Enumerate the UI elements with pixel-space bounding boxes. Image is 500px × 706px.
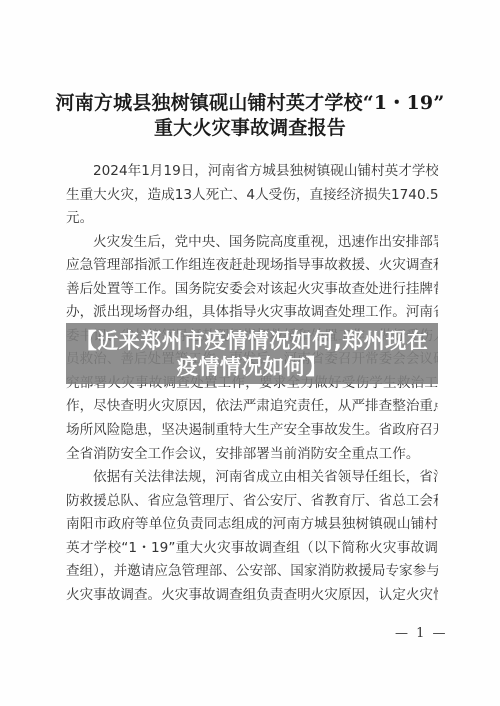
body-line: 生重大火灾，造成13人死亡、4人受伤，直接经济损失1740.5万 [66,184,438,208]
body-line: 依据有关法律法规，河南省成立由相关省领导任组长，省消 [66,466,438,490]
body-line: 南阳市政府等单位负责同志组成的河南方城县独树镇砚山铺村 [66,513,438,537]
page-number: — 1 — [395,626,448,641]
body-line: 善后处置等工作。国务院安委会对该起火灾事故查处进行挂牌督 [66,278,438,302]
body-line: 查组），并邀请应急管理部、公安部、国家消防救援局专家参与 [66,560,438,584]
overlay-title-banner[interactable]: 【近来郑州市疫情情况如何,郑州现在 疫情情况如何】 [66,323,438,384]
body-line: 火灾发生后，党中央、国务院高度重视，迅速作出安排部署。 [66,231,438,255]
body-line: 作，尽快查明火灾原因，依法严肃追究责任，从严排查整治重点 [66,395,438,419]
document-page: 河南方城县独树镇砚山铺村英才学校“1・19” 重大火灾事故调查报告 2024年1… [0,0,500,706]
banner-text-line-1: 【近来郑州市疫情情况如何,郑州现在 [76,328,428,354]
body-line: 应急管理部指派工作组连夜赶赴现场指导事故救援、火灾调查和 [66,254,438,278]
report-title-line-2: 重大火灾事故调查报告 [0,113,500,140]
report-title-line-1: 河南方城县独树镇砚山铺村英才学校“1・19” [0,88,500,115]
body-line: 元。 [66,207,438,231]
banner-text-line-2: 疫情情况如何】 [177,354,328,380]
body-line: 火灾事故调查。火灾事故调查组负责查明火灾原因，认定火灾性 [66,584,438,608]
body-line: 2024年1月19日，河南省方城县独树镇砚山铺村英才学校发 [66,160,438,184]
body-line: 办，派出现场督办组，具体指导火灾事故调查处理工作。河南省 [66,301,438,325]
body-line: 全省消防安全工作会议，安排部署当前消防安全重点工作。 [66,443,438,467]
body-line: 防救援总队、省应急管理厅、省公安厅、省教育厅、省总工会和 [66,490,438,514]
body-line: 场所风险隐患，坚决遏制重特大生产安全事故发生。省政府召开 [66,419,438,443]
body-line: 英才学校“1・19”重大火灾事故调查组（以下简称火灾事故调 [66,537,438,561]
